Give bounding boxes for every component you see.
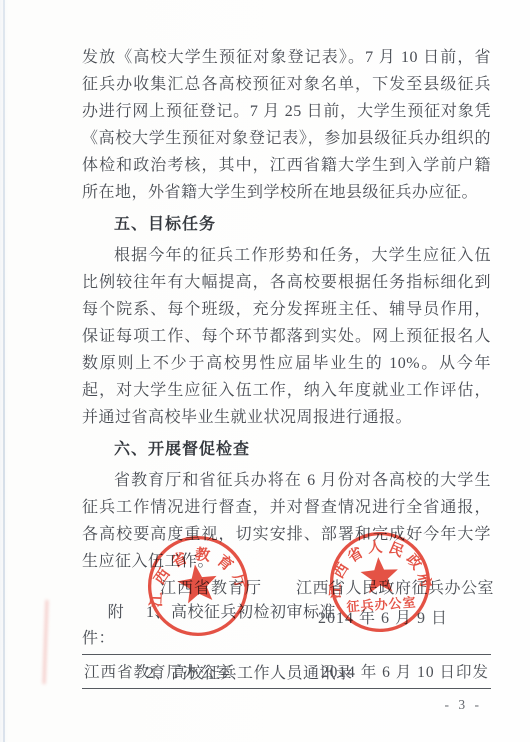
section-heading-5: 五、目标任务 xyxy=(82,211,491,238)
paragraph-continuation: 发放《高校大学生预征对象登记表》。7 月 10 日前，省征兵办收集汇总各高校预征… xyxy=(82,44,491,206)
section-heading-6: 六、开展督促检查 xyxy=(82,436,491,463)
document-footer: 江西省教育厅办公室 2014 年 6 月 10 日印发 xyxy=(82,654,491,689)
scanned-document-page: 发放《高校大学生预征对象登记表》。7 月 10 日前，省征兵办收集汇总各高校预征… xyxy=(0,0,530,742)
section-5-paragraph: 根据今年的征兵工作形势和任务，大学生应征入伍比例较往年有大幅提高，各高校要根据任… xyxy=(82,242,491,431)
official-seal-education-department: 江西省教育厅 xyxy=(139,527,256,644)
official-seal-conscription-office: 江西省人民政府 征兵办公室 xyxy=(324,526,435,637)
page-number: - 3 - xyxy=(445,697,483,713)
signature-block: 江西省教育厅 江西省人民政府征兵办公室 2014 年 6 月 9 日 江西省教育… xyxy=(0,520,530,650)
footer-issuer: 江西省教育厅办公室 xyxy=(84,660,233,682)
seal-star-icon xyxy=(360,556,400,594)
footer-row: 江西省教育厅办公室 2014 年 6 月 10 日印发 xyxy=(82,655,491,688)
footer-print-date: 2014 年 6 月 10 日印发 xyxy=(321,660,489,682)
seal-center-text: 征兵办公室 xyxy=(346,595,417,615)
